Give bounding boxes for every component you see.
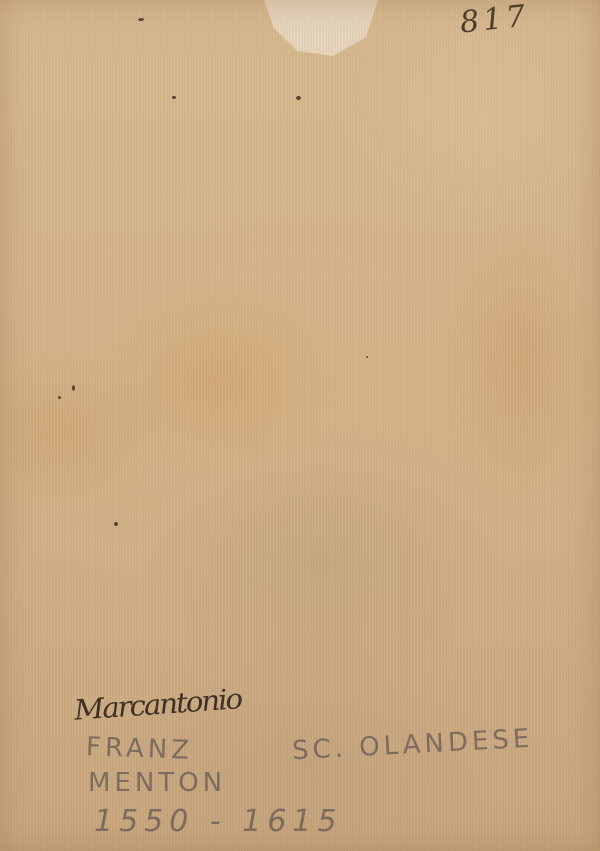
catalog-number: 817 [458,0,531,41]
speck [114,522,118,526]
speck [172,96,176,99]
pencil-artist-last-name: MENTON [88,768,226,798]
speck [296,96,301,100]
paper-sheet: 817 Marcantonio FRANZ SC. OLANDESE MENTO… [0,0,600,851]
pencil-artist-first-name: FRANZ [86,732,194,766]
ink-signature: Marcantonio [73,682,242,727]
pencil-dates: 1550 - 1615 [94,804,343,839]
speck [58,396,61,399]
tape-residue [262,0,380,56]
speck [366,356,368,358]
speck [72,385,75,391]
speck [138,18,144,21]
pencil-school: SC. OLANDESE [291,724,534,767]
